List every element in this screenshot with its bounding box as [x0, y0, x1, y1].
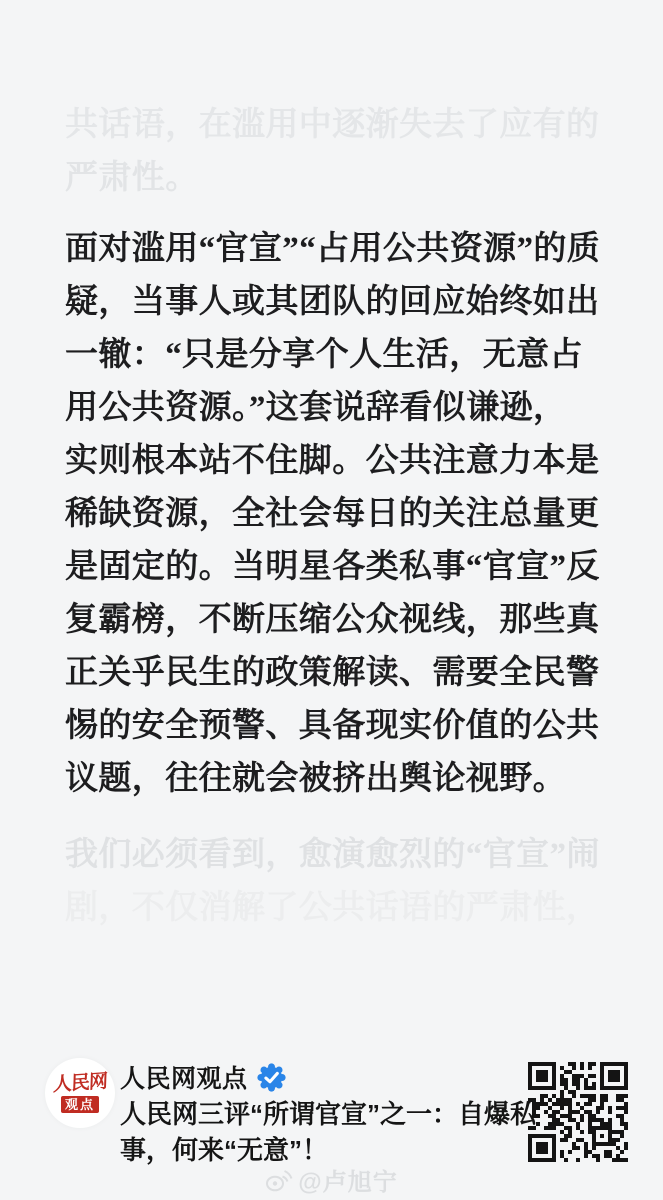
body-text-line: 用公共资源。”这套说辞看似谦逊，	[65, 382, 623, 435]
faded-text-line: 严肃性。	[65, 152, 623, 205]
avatar: 人民网 观点	[45, 1058, 115, 1128]
body-text-line: 一辙：“只是分享个人生活，无意占	[65, 329, 623, 382]
body-text-line: 是固定的。当明星各类私事“官宣”反	[65, 541, 623, 594]
brand-logo-script: 人民网	[53, 1072, 108, 1096]
body-text-line: 复霸榜，不断压缩公众视线，那些真	[65, 594, 623, 647]
qr-code	[528, 1062, 628, 1162]
account-row: 人民网观点	[120, 1062, 286, 1092]
faded-text-line: 我们必须看到，愈演愈烈的“官宣”闹	[65, 829, 623, 882]
faded-text-line: 剧，不仅消解了公共话语的严肃性，	[65, 882, 623, 935]
faded-top-paragraph: 共话语，在滥用中逐渐失去了应有的 严肃性。	[65, 99, 623, 205]
body-text-line: 稀缺资源，全社会每日的关注总量更	[65, 488, 623, 541]
article-card: 共话语，在滥用中逐渐失去了应有的 严肃性。 面对滥用“官宣”“占用公共资源”的质…	[0, 0, 663, 1200]
body-text-line: 惕的安全预警、具备现实价值的公共	[65, 700, 623, 753]
body-text-line: 正关乎民生的政策解读、需要全民警	[65, 647, 623, 700]
faded-text-line: 共话语，在滥用中逐渐失去了应有的	[65, 99, 623, 152]
main-paragraph: 面对滥用“官宣”“占用公共资源”的质 疑，当事人或其团队的回应始终如出 一辙：“…	[65, 223, 623, 806]
body-text-line: 议题，往往就会被挤出舆论视野。	[65, 753, 623, 806]
watermark-handle: @卢旭宁	[298, 1162, 397, 1197]
verified-badge-icon	[257, 1063, 286, 1092]
body-text-line: 疑，当事人或其团队的回应始终如出	[65, 276, 623, 329]
body-text-line: 实则根本站不住脚。公共注意力本是	[65, 435, 623, 488]
post-title-line: 人民网三评“所谓官宣”之一：自爆私	[120, 1096, 520, 1132]
account-name: 人民网观点	[120, 1059, 248, 1095]
brand-logo-box: 观点	[61, 1096, 99, 1113]
post-title: 人民网三评“所谓官宣”之一：自爆私 事，何来“无意”！	[120, 1096, 520, 1168]
body-text-line: 面对滥用“官宣”“占用公共资源”的质	[65, 223, 623, 276]
faded-bottom-paragraph: 我们必须看到，愈演愈烈的“官宣”闹 剧，不仅消解了公共话语的严肃性，	[65, 829, 623, 935]
watermark: @卢旭宁	[0, 1162, 663, 1197]
weibo-icon	[265, 1168, 293, 1192]
